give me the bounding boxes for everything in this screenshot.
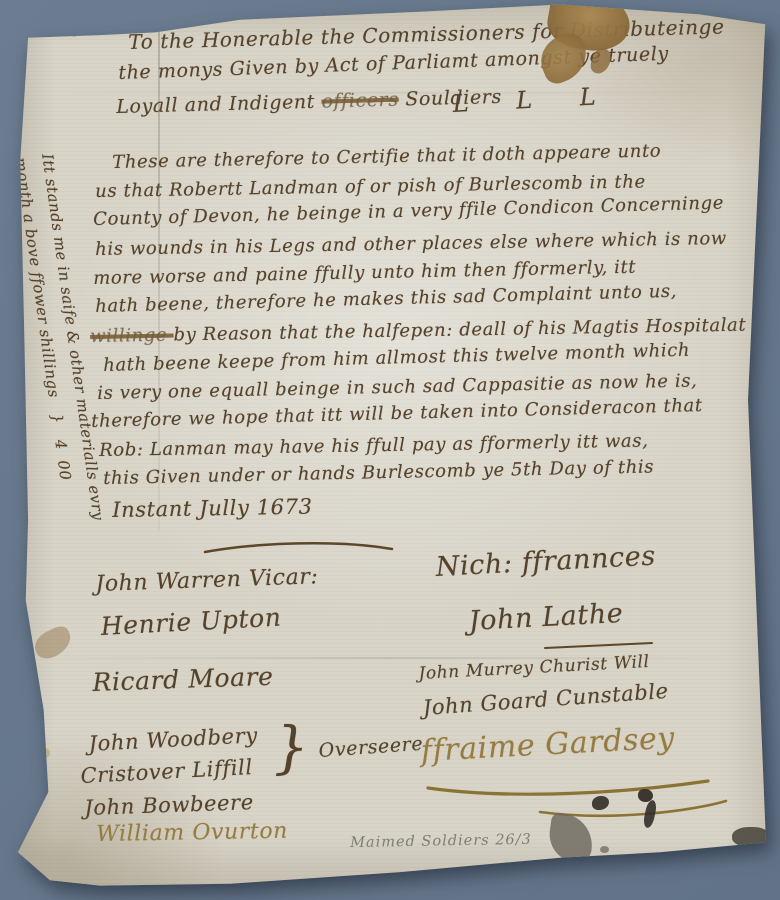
edge-smudge-bottom-right [732, 827, 770, 847]
body-struck-word: willinge [90, 325, 174, 347]
gray-smudge-triangle [546, 812, 596, 864]
paper-shadow-wrap: To the Honerable the Commissioners for D… [0, 0, 780, 900]
underline-lathe [545, 643, 652, 648]
brown-smudge-left-margin [30, 623, 75, 663]
signature-john-bowbeere: John Bowbeere [84, 790, 254, 820]
ink-blot-2 [638, 789, 653, 802]
heading-struck-word: officers [321, 89, 399, 113]
signature-ricard-moare: Ricard Moare [92, 662, 274, 697]
signature-john-murrey: John Murrey Churist Will [418, 652, 650, 684]
signature-henrie-upton: Henrie Upton [100, 603, 282, 641]
heading-line-3-pre: Loyall and Indigent [116, 91, 322, 118]
speck-top-left [67, 25, 86, 38]
pencil-archive-note: Maimed Soldiers 26/3 [350, 832, 532, 851]
flourish-under-date [205, 543, 392, 552]
flourish-gardsey-1 [428, 781, 708, 794]
signature-nich-frannces: Nich: ffrannces [435, 540, 657, 582]
signature-william-ovurton: William Ovurton [96, 819, 288, 847]
body-line-4: his wounds in his Legs and other places … [95, 228, 727, 260]
body-dateline: Instant Jully 1673 [112, 495, 313, 522]
flourish-gardsey-2 [540, 801, 726, 816]
signature-john-goard: John Goard Cunstable [422, 679, 669, 720]
overseers-label: Overseere [318, 733, 424, 762]
ink-blot-2-tail [642, 799, 658, 828]
heading-line-3: Loyall and Indigent officers Souldiers [116, 86, 502, 118]
signature-john-woodbery: John Woodbery [88, 723, 258, 756]
small-speck-bottom [600, 846, 609, 853]
paper-sheet: To the Honerable the Commissioners for D… [0, 0, 780, 900]
signature-john-warren: John Warren Vicar: [95, 564, 319, 597]
signature-john-lathe: John Lathe [468, 598, 624, 637]
manuscript-scan: To the Honerable the Commissioners for D… [0, 0, 780, 900]
body-line-1: These are therefore to Certifie that it … [112, 141, 661, 173]
ink-blot-1 [592, 796, 609, 810]
yellow-spot-left [40, 748, 50, 758]
overseers-brace: } [272, 715, 310, 781]
body-line-12: this Given under or hands Burlescomb ye … [103, 456, 654, 489]
body-line-11: Rob: Lanman may have his ffull pay as ff… [99, 430, 649, 461]
signature-cristover-liffill: Cristover Liffill [80, 755, 253, 788]
signature-gardsey: ffraime Gardsey [420, 721, 676, 769]
